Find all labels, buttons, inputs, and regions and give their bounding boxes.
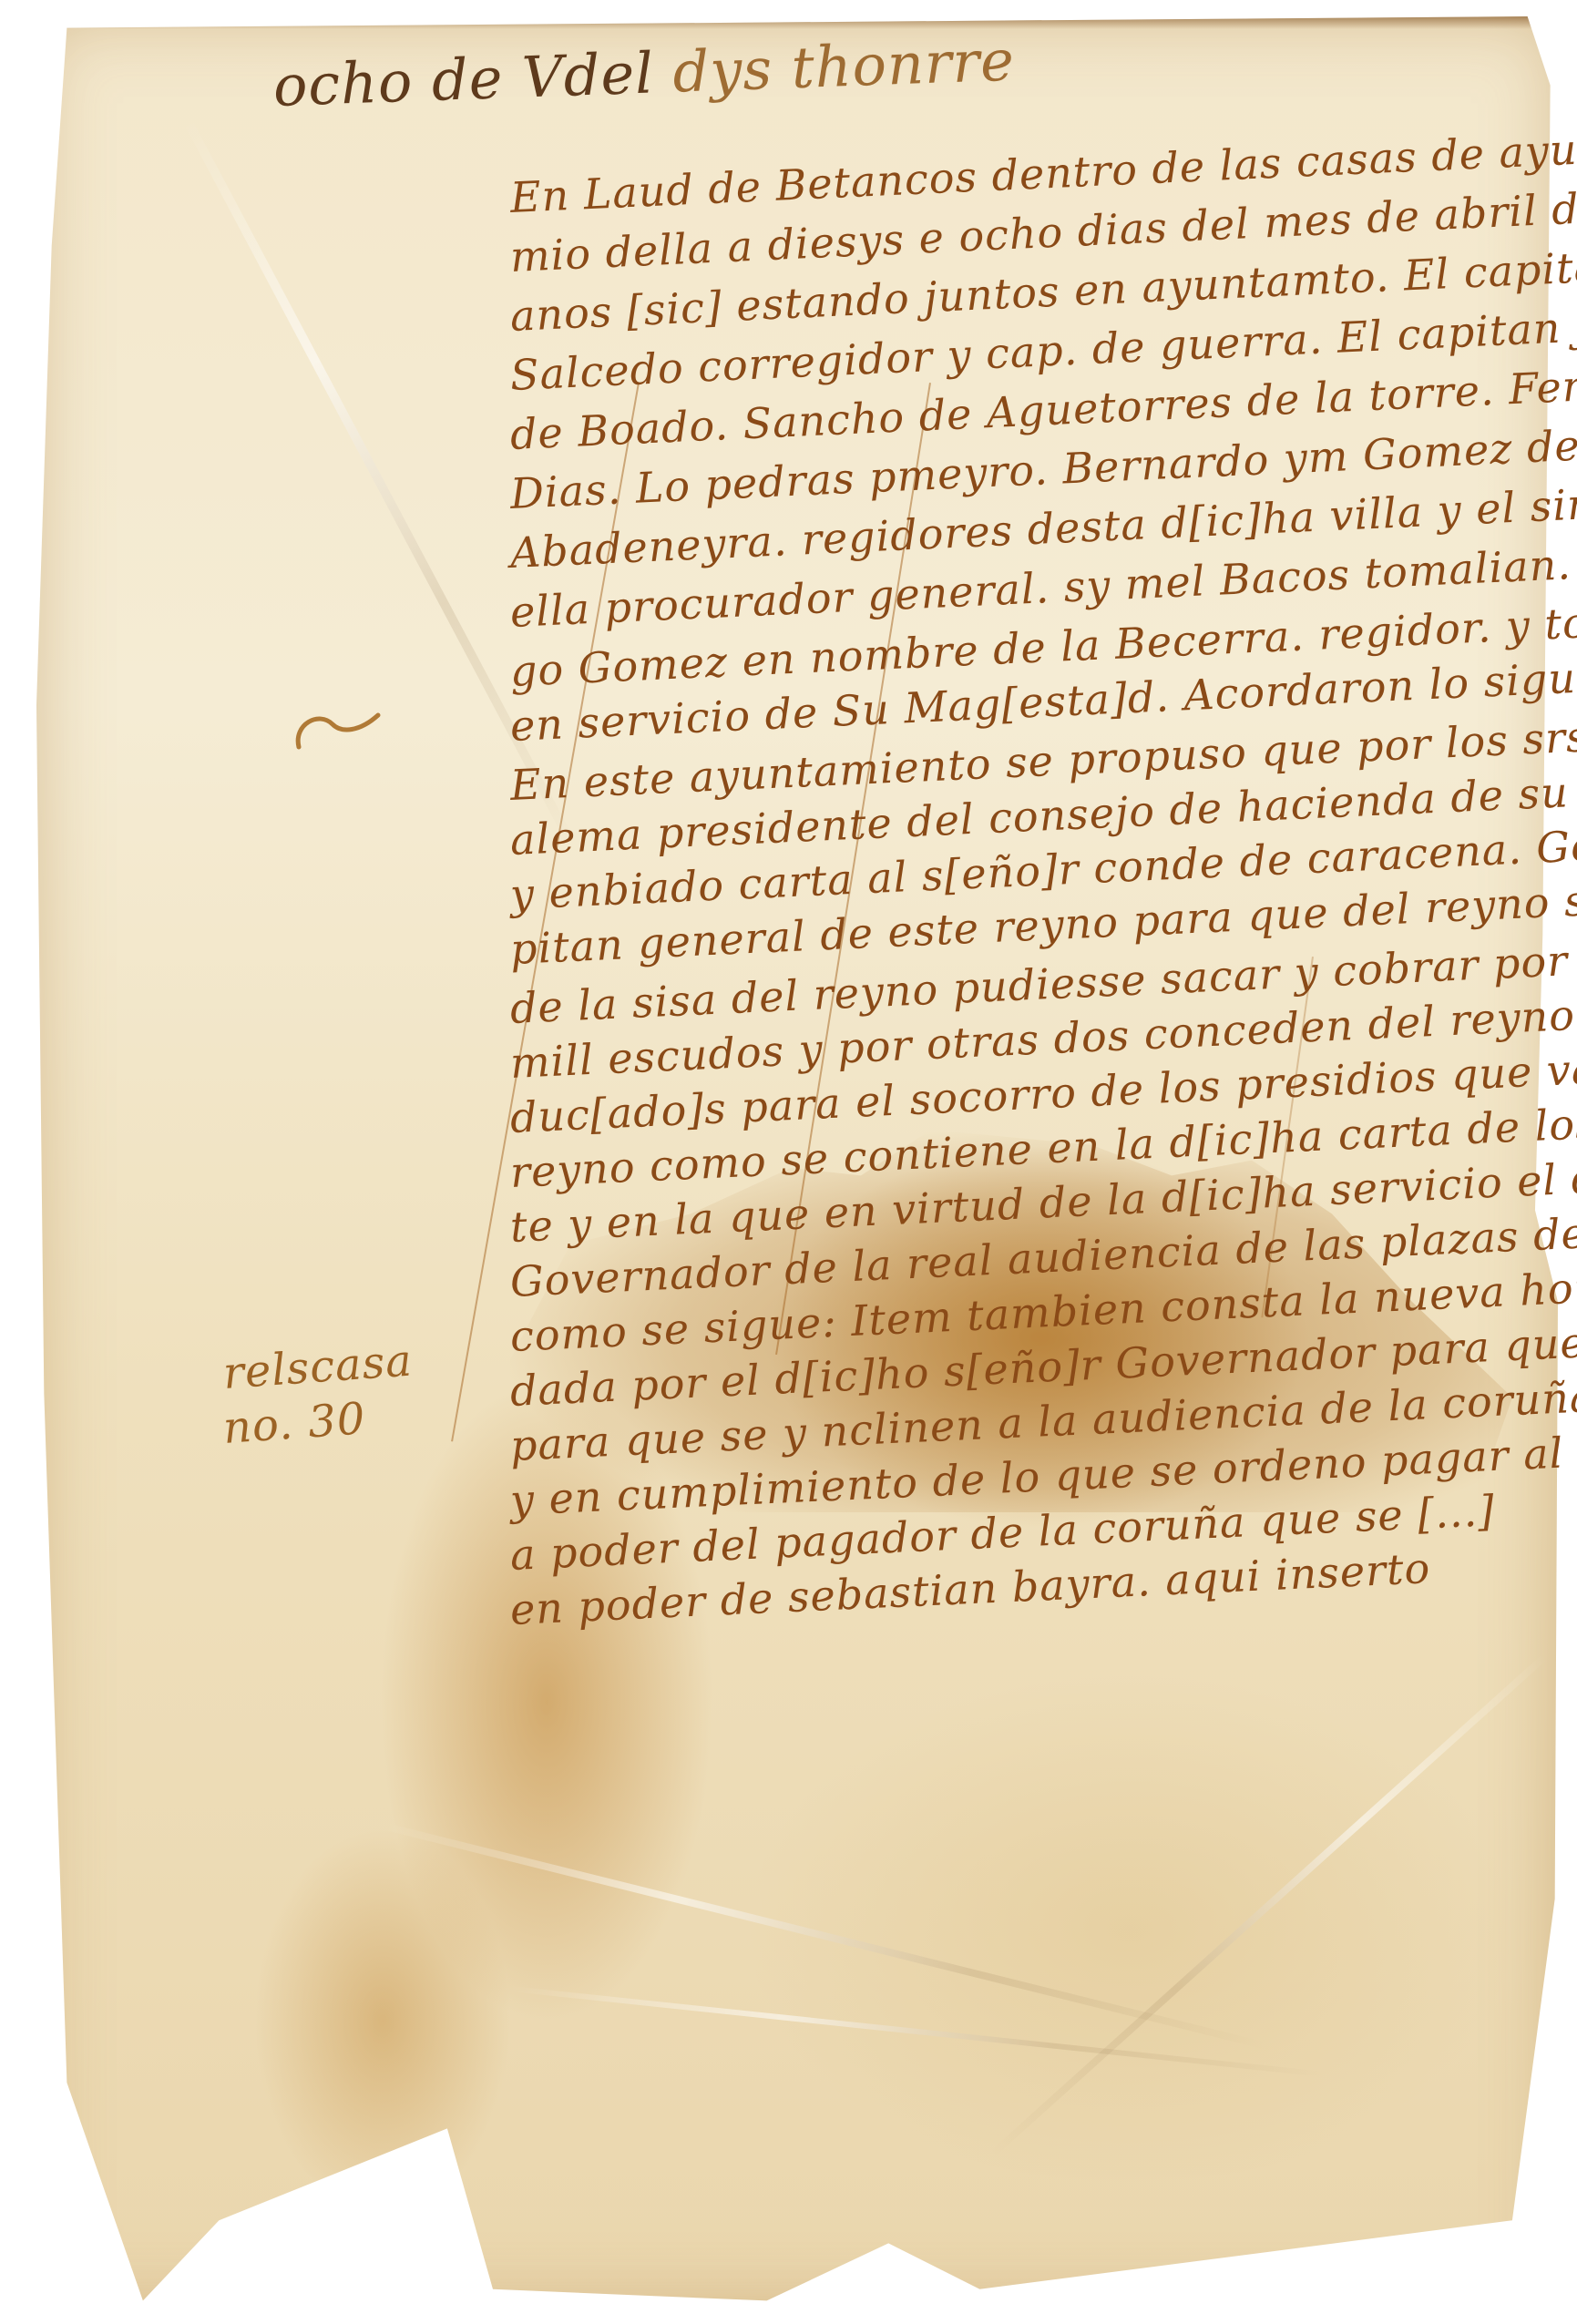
header-faded-text: dys thonrre: [671, 27, 1016, 106]
header-dark-text: ocho de Vdel: [272, 39, 655, 119]
margin-flourish-icon: [292, 706, 383, 752]
manuscript-page: ocho de Vdel dys thonrre En Laud de Beta…: [0, 0, 1577, 2324]
margin-note-line2: no. 30: [221, 1393, 367, 1454]
